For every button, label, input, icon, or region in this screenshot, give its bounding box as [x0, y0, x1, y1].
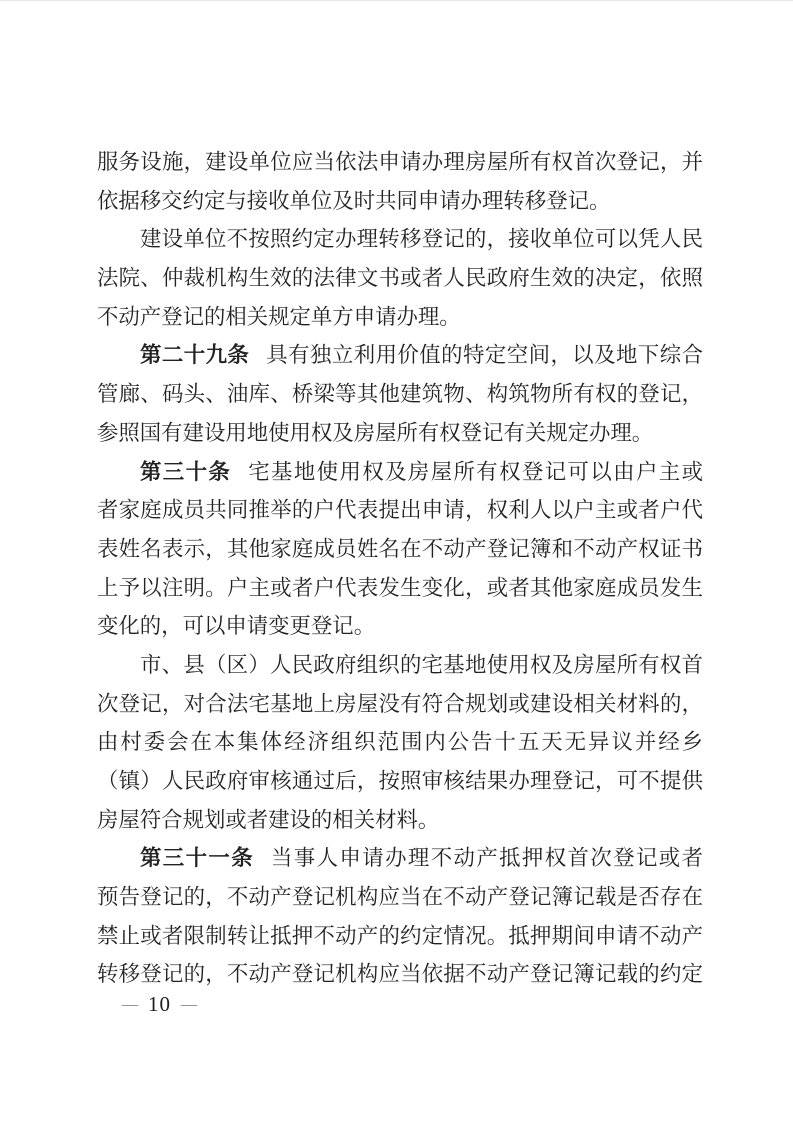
- line-text: 具有独立利用价值的特定空间，以及地下综合: [266, 343, 703, 367]
- text-line: 依据移交约定与接收单位及时共同申请办理转移登记。: [97, 182, 703, 221]
- text-line: 变化的，可以申请变更登记。: [97, 607, 703, 646]
- article-number: 第三十一条: [140, 846, 254, 870]
- text-line: 服务设施，建设单位应当依法申请办理房屋所有权首次登记，并: [97, 143, 703, 182]
- text-line: 参照国有建设用地使用权及房屋所有权登记有关规定办理。: [97, 414, 703, 453]
- text-line: 者家庭成员共同推举的户代表提出申请，权利人以户主或者户代: [97, 491, 703, 530]
- text-line: 次登记，对合法宅基地上房屋没有符合规划或建设相关材料的，: [97, 685, 703, 724]
- text-block: 服务设施，建设单位应当依法申请办理房屋所有权首次登记，并依据移交约定与接收单位及…: [97, 143, 703, 994]
- text-line: 由村委会在本集体经济组织范围内公告十五天无异议并经乡: [97, 723, 703, 762]
- line-text: 当事人申请办理不动产抵押权首次登记或者: [271, 846, 703, 870]
- text-line: 房屋符合规划或者建设的相关材料。: [97, 801, 703, 840]
- text-line: 第三十一条当事人申请办理不动产抵押权首次登记或者: [97, 839, 703, 878]
- text-line: 上予以注明。户主或者户代表发生变化，或者其他家庭成员发生: [97, 569, 703, 608]
- text-line: 管廊、码头、油库、桥梁等其他建筑物、构筑物所有权的登记，: [97, 375, 703, 414]
- text-line: 市、县（区）人民政府组织的宅基地使用权及房屋所有权首: [97, 646, 703, 685]
- text-line: 第二十九条具有独立利用价值的特定空间，以及地下综合: [97, 336, 703, 375]
- text-line: 转移登记的，不动产登记机构应当依据不动产登记簿记载的约定: [97, 955, 703, 994]
- footer-dash-left: —: [122, 994, 138, 1015]
- article-number: 第三十条: [140, 460, 231, 484]
- text-line: 禁止或者限制转让抵押不动产的约定情况。抵押期间申请不动产: [97, 917, 703, 956]
- text-line: 建设单位不按照约定办理转移登记的，接收单位可以凭人民: [97, 220, 703, 259]
- text-line: 表姓名表示，其他家庭成员姓名在不动产登记簿和不动产权证书: [97, 530, 703, 569]
- text-line: 预告登记的，不动产登记机构应当在不动产登记簿记载是否存在: [97, 878, 703, 917]
- footer-dash-right: —: [181, 994, 197, 1015]
- page-footer: — 10 —: [121, 991, 198, 1017]
- text-line: 不动产登记的相关规定单方申请办理。: [97, 298, 703, 337]
- line-text: 宅基地使用权及房屋所有权登记可以由户主或: [248, 460, 703, 484]
- document-page: 服务设施，建设单位应当依法申请办理房屋所有权首次登记，并依据移交约定与接收单位及…: [0, 0, 793, 1122]
- text-line: 法院、仲裁机构生效的法律文书或者人民政府生效的决定，依照: [97, 259, 703, 298]
- page-top-edge: [0, 0, 793, 1]
- text-line: （镇）人民政府审核通过后，按照审核结果办理登记，可不提供: [97, 762, 703, 801]
- text-line: 第三十条宅基地使用权及房屋所有权登记可以由户主或: [97, 453, 703, 492]
- page-number: 10: [148, 992, 171, 1017]
- article-number: 第二十九条: [140, 343, 249, 367]
